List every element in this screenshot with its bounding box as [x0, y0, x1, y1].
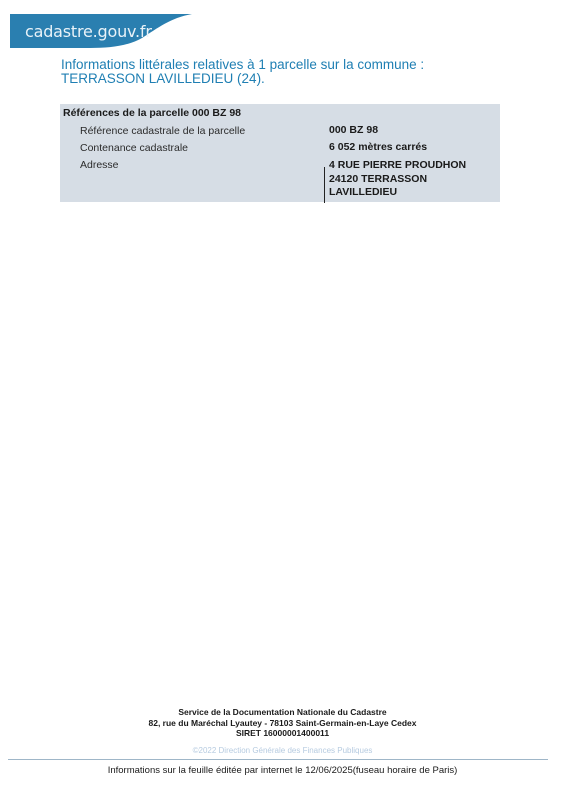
label-adresse: Adresse [80, 159, 119, 171]
page-title: Informations littérales relatives à 1 pa… [61, 58, 424, 86]
footer-line-1: Service de la Documentation Nationale du… [0, 707, 565, 718]
label-reference: Référence cadastrale de la parcelle [80, 125, 245, 137]
address-line-1: 4 RUE PIERRE PROUDHON [329, 159, 466, 173]
title-line-1: Informations littérales relatives à 1 pa… [61, 58, 424, 72]
address-line-3: LAVILLEDIEU [329, 186, 466, 200]
cadastre-logo: cadastre.gouv.fr [10, 14, 192, 48]
label-contenance: Contenance cadastrale [80, 142, 188, 154]
edition-info: Informations sur la feuille éditée par i… [0, 765, 565, 776]
footer-divider [8, 759, 548, 760]
copyright: ©2022 Direction Générale des Finances Pu… [0, 746, 565, 755]
logo-text: cadastre.gouv.fr [25, 22, 152, 41]
address-divider [324, 167, 325, 203]
value-adresse: 4 RUE PIERRE PROUDHON 24120 TERRASSON LA… [329, 159, 466, 200]
footer-service: Service de la Documentation Nationale du… [0, 707, 565, 739]
value-contenance: 6 052 mètres carrés [329, 141, 427, 155]
footer-line-2: 82, rue du Maréchal Lyautey - 78103 Sain… [0, 718, 565, 729]
footer-line-3: SIRET 16000001400011 [0, 728, 565, 739]
value-reference: 000 BZ 98 [329, 124, 378, 138]
address-line-2: 24120 TERRASSON [329, 173, 466, 187]
parcel-references-panel: Références de la parcelle 000 BZ 98 Réfé… [60, 104, 500, 202]
parcel-heading: Références de la parcelle 000 BZ 98 [63, 107, 241, 119]
title-line-2: TERRASSON LAVILLEDIEU (24). [61, 72, 424, 86]
